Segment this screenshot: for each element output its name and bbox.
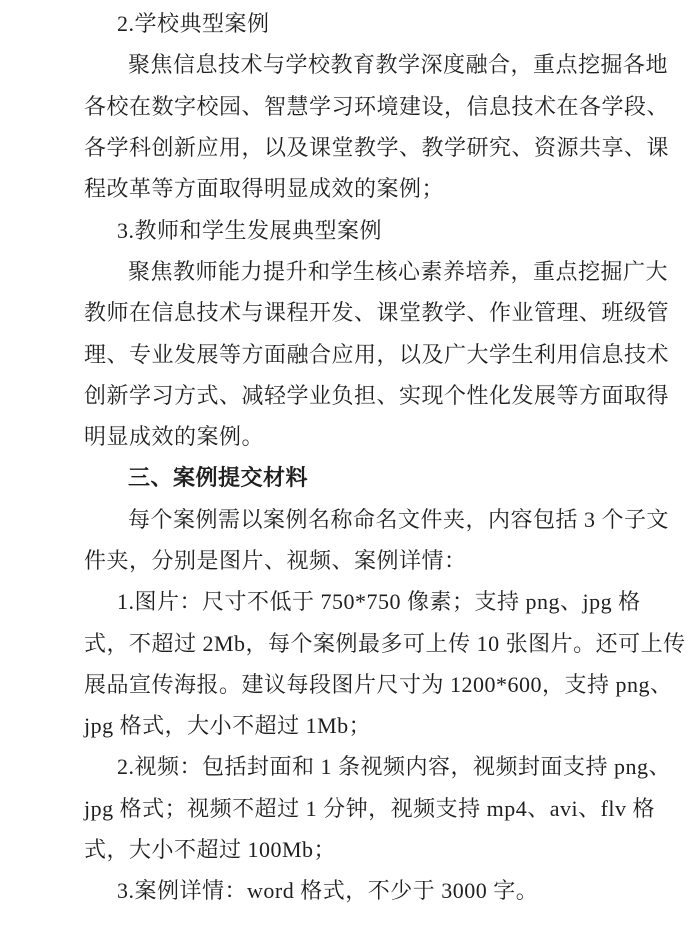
- item-2-heading-line: 2.学校典型案例: [84, 2, 674, 43]
- text-line: 展品宣传海报。建议每段图片尺寸为 1200*600，支持 png、: [84, 663, 674, 704]
- text-line: 各学科创新应用，以及课堂教学、教学研究、资源共享、课: [84, 126, 674, 167]
- text-line: 创新学习方式、减轻学业负担、实现个性化发展等方面取得: [84, 374, 674, 415]
- list-item-2-line: 2.视频：包括封面和 1 条视频内容，视频封面支持 png、: [84, 745, 674, 786]
- text-line: 理、专业发展等方面融合应用，以及广大学生利用信息技术: [84, 332, 674, 373]
- list-item-3-line: 3.案例详情：word 格式，不少于 3000 字。: [84, 869, 674, 910]
- item-3-heading-line: 3.教师和学生发展典型案例: [84, 208, 674, 249]
- text-line: 式，不超过 2Mb，每个案例最多可上传 10 张图片。还可上传: [84, 621, 674, 662]
- text-line: 聚焦教师能力提升和学生核心素养培养，重点挖掘广大: [84, 250, 674, 291]
- text-line: 各校在数字校园、智慧学习环境建设，信息技术在各学段、: [84, 85, 674, 126]
- document-text-block: 2.学校典型案例 聚焦信息技术与学校教育教学深度融合，重点挖掘各地 各校在数字校…: [84, 2, 674, 911]
- document-page: 2.学校典型案例 聚焦信息技术与学校教育教学深度融合，重点挖掘各地 各校在数字校…: [0, 0, 700, 934]
- text-line: 聚焦信息技术与学校教育教学深度融合，重点挖掘各地: [84, 43, 674, 84]
- text-line: 教师在信息技术与课程开发、课堂教学、作业管理、班级管: [84, 291, 674, 332]
- text-line: jpg 格式，大小不超过 1Mb；: [84, 704, 674, 745]
- text-line: jpg 格式；视频不超过 1 分钟，视频支持 mp4、avi、flv 格: [84, 787, 674, 828]
- section-heading: 三、案例提交材料: [84, 456, 674, 497]
- text-line: 件夹，分别是图片、视频、案例详情：: [84, 539, 674, 580]
- text-line: 明显成效的案例。: [84, 415, 674, 456]
- text-line: 式，大小不超过 100Mb；: [84, 828, 674, 869]
- list-item-1-line: 1.图片：尺寸不低于 750*750 像素；支持 png、jpg 格: [84, 580, 674, 621]
- text-line: 每个案例需以案例名称命名文件夹，内容包括 3 个子文: [84, 498, 674, 539]
- text-line: 程改革等方面取得明显成效的案例；: [84, 167, 674, 208]
